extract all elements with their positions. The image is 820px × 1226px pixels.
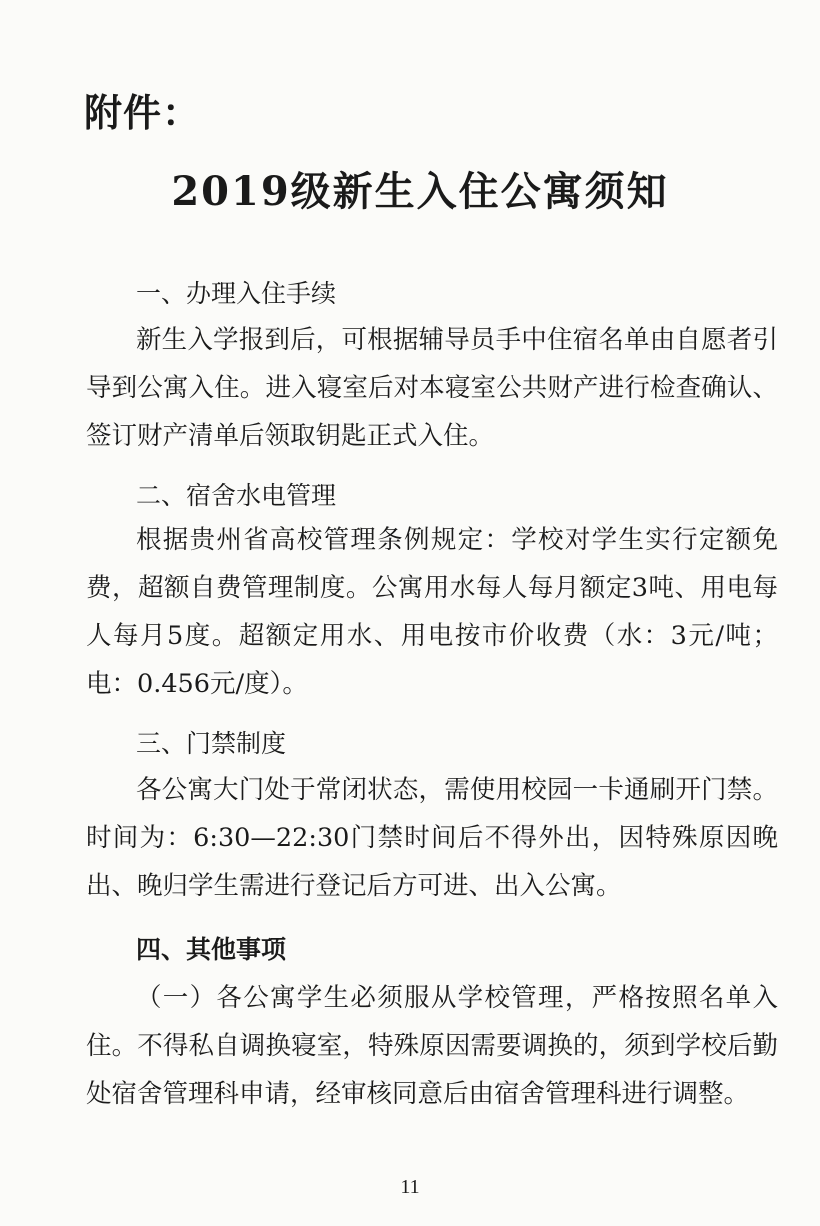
- section-heading-3: 三、门禁制度: [136, 724, 286, 760]
- section-paragraph-2: 根据贵州省高校管理条例规定：学校对学生实行定额免费，超额自费管理制度。公寓用水每…: [86, 516, 778, 708]
- section-heading-4: 四、其他事项: [136, 930, 286, 966]
- section-paragraph-1: 新生入学报到后，可根据辅导员手中住宿名单由自愿者引导到公寓入住。进入寝室后对本寝…: [86, 316, 778, 460]
- section-heading-1: 一、办理入住手续: [136, 274, 336, 310]
- section-heading-2: 二、宿舍水电管理: [136, 476, 336, 512]
- document-title: 2019级新生入住公寓须知: [0, 160, 820, 217]
- section-paragraph-3: 各公寓大门处于常闭状态，需使用校园一卡通刷开门禁。时间为：6:30—22:30门…: [86, 766, 778, 910]
- section-paragraph-4: （一）各公寓学生必须服从学校管理，严格按照名单入住。不得私自调换寝室，特殊原因需…: [86, 974, 778, 1118]
- page-number: 11: [0, 1176, 820, 1199]
- document-page: 附件： 2019级新生入住公寓须知 一、办理入住手续 新生入学报到后，可根据辅导…: [0, 0, 820, 1226]
- attachment-label: 附件：: [84, 82, 201, 137]
